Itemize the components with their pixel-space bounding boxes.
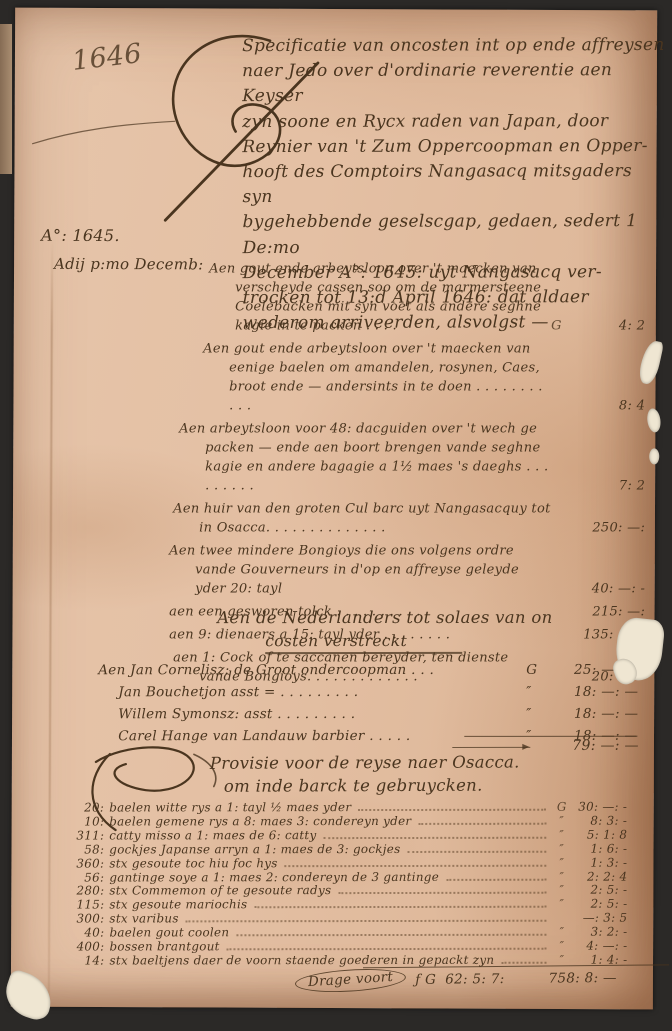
entry-text: Aen arbeytsloon voor 48: dacguiden over … [179,419,551,495]
header-line: hooft des Comptoirs Nangasacq mitsgaders… [242,159,666,211]
item: gockjes Japanse arryn a 1: maes de 3: go… [109,843,400,857]
payee-name: Aen Jan Cornelisz: de Groot ondercoopman… [98,659,434,681]
entry-amount: 4: 2 [619,316,645,335]
amount: 5: 1: 8 [570,828,627,842]
margin-year-label: A°: 1645. [41,226,120,245]
manuscript-page: 1646 Specificatie van oncosten int op en… [11,8,657,1010]
item: stx gesoute toc hiu foc hys [109,857,277,871]
currency-mark: G [551,316,562,335]
payee-name: Carel Hange van Landauw barbier . . . . … [118,725,410,747]
entry-amount: 250: —: [592,518,645,537]
payee-row: Jan Bouchetjon asst = . . . . . . . . . … [118,681,638,703]
provision-row: 280:stx Commemon of te gesoute radys″2: … [71,884,627,899]
provision-row: 115:stx gesoute mariochis″2: 5: - [71,898,627,913]
ditto-mark: ″ [526,703,531,725]
expense-entry: Aen twee mindere Bongioys die ons volgen… [169,541,655,598]
entry-text: Aen gout ende arbeytsloon over 't maecke… [203,339,551,415]
ditto-mark: ″ [553,926,570,940]
provision-row: 58:gockjes Japanse arryn a 1: maes de 3:… [71,842,627,857]
expense-entry: Aen huir van den groten Cul barc uyt Nan… [173,499,655,537]
provision-row: 360:stx gesoute toc hiu foc hys″1: 3: - [71,856,627,871]
heading-line: Provisie voor de reyse naer Osacca. [210,750,520,774]
dot-leader [285,864,547,866]
item: stx gesoute mariochis [109,899,247,913]
amount: 2: 2: 4 [570,870,627,884]
provision-row: 56:gantinge soye a 1: maes 2: condereyn … [71,870,627,885]
currency-mark: G [526,659,537,681]
qty: 20: [71,801,104,815]
amount: 1: 6: - [570,842,627,856]
header-line: bygehebbende geselscgap, gedaen, sedert … [242,209,666,261]
dot-leader [358,809,546,811]
section-heading: costen verstreckt [265,630,462,654]
qty: 40: [71,927,104,941]
expense-entry: Aen gout ende arbeytsloon over 't maecke… [209,259,655,335]
amount: 2: 5: - [570,884,627,898]
qty: 300: [71,913,104,927]
qty: 58: [71,843,104,857]
amount: 1: 3: - [570,856,627,870]
entry-text: Aen huir van den groten Cul barc uyt Nan… [173,499,551,537]
binding-edge [0,24,12,174]
provision-row: 10:baelen gemene rys a 8: maes 3: conder… [71,814,627,829]
dot-leader [254,906,546,909]
header-line: Reynier van 't Zum Oppercoopman en Opper… [242,134,666,160]
qty: 400: [71,941,104,955]
grand-total: 758: 8: — [548,970,616,987]
ditto-mark: ″ [553,940,570,954]
ditto-mark: ″ [553,870,570,884]
ditto-mark: ″ [553,884,570,898]
carry-label: Drage voort [294,966,406,995]
year-annotation: 1646 [70,38,143,77]
entry-amount: 8: 4 [619,396,645,415]
amount: 30: —: - [570,801,627,815]
amount: 3: 2: - [570,926,627,940]
subtotal-amount: 79: —: — [572,735,639,757]
amount: 8: 3: - [570,814,627,828]
amount: 4: —: - [570,940,627,954]
payee-name: Willem Symonsz: asst . . . . . . . . . [118,703,355,725]
dot-leader [324,837,547,839]
entry-text: Aen gout ende arbeytsloon over 't maecke… [209,259,551,335]
dot-leader [338,892,546,894]
payee-amount: 18: —: — [574,703,638,725]
entry-amount: 40: —: - [592,579,645,598]
dot-leader [186,920,547,923]
dot-leader [408,850,547,852]
ditto-mark: ″ [553,828,570,842]
provision-row: 311:catty misso a 1: maes de 6: catty″5:… [71,828,627,843]
currency-mark: ƒ G [415,972,436,988]
qty: 56: [71,871,104,885]
qty: 311: [71,829,104,843]
header-line: zyn soone en Rycx raden van Japan, door [242,109,666,135]
dot-leader [501,962,546,964]
dot-leader [446,878,546,880]
qty: 10: [71,815,104,829]
header-line: Specificatie van oncosten int op ende af… [242,33,666,59]
qty: 14: [71,954,104,968]
dot-leader [418,823,546,825]
section-heading: Aen de Nederlanders tot solaes van on [217,607,552,629]
entry-text: Aen twee mindere Bongioys die ons volgen… [169,541,551,598]
qty: 360: [71,857,104,871]
ditto-mark: ″ [553,898,570,912]
expense-entry: Aen gout ende arbeytsloon over 't maecke… [203,339,655,415]
currency-mark: G [553,801,570,815]
qty: 115: [71,899,104,913]
ditto-mark: ″ [526,681,531,703]
carry-amount: 62: 5: 7: [445,971,504,988]
dot-leader [227,948,547,951]
header-line: naer Jedo over d'ordinarie reverentie ae… [242,58,666,110]
entry-amount: 7: 2 [619,476,645,495]
ditto-mark: ″ [553,815,570,829]
payee-amount: 18: —: — [574,681,638,703]
heading-line: om inde barck te gebruycken. [224,773,520,797]
provision-row: 40:baelen gout coolen″3: 2: - [71,926,627,941]
carry-forward-row: Drage voort ƒ G 62: 5: 7: 758: 8: — [295,967,617,992]
qty: 280: [71,885,104,899]
item: stx varibus [109,913,178,927]
subtotal-arrow-icon [452,747,530,748]
provision-row: 300:stx varibus—: 3: 5 [71,912,627,927]
ditto-mark: ″ [553,842,570,856]
amount: 2: 5: - [570,898,627,912]
scan-frame: 1646 Specificatie van oncosten int op en… [0,0,672,1031]
expense-entry: Aen arbeytsloon voor 48: dacguiden over … [179,419,655,495]
torn-edge [649,448,659,464]
item: catty misso a 1: maes de 6: catty [109,829,316,843]
amount: —: 3: 5 [570,912,627,926]
provisions-heading: Provisie voor de reyse naer Osacca. om i… [210,750,520,797]
item: baelen gemene rys a 8: maes 3: condereyn… [109,815,411,829]
payee-name: Jan Bouchetjon asst = . . . . . . . . . [118,681,358,703]
payee-row: Willem Symonsz: asst . . . . . . . . . ″… [118,703,638,725]
provisions-table: 20:baelen witte rys a 1: tayl ½ maes yde… [71,801,627,969]
ditto-mark: ″ [553,856,570,870]
dot-leader [236,934,546,937]
payee-row: Aen Jan Cornelisz: de Groot ondercoopman… [98,659,638,681]
nederlanders-section: Aen de Nederlanders tot solaes van on co… [12,607,672,758]
